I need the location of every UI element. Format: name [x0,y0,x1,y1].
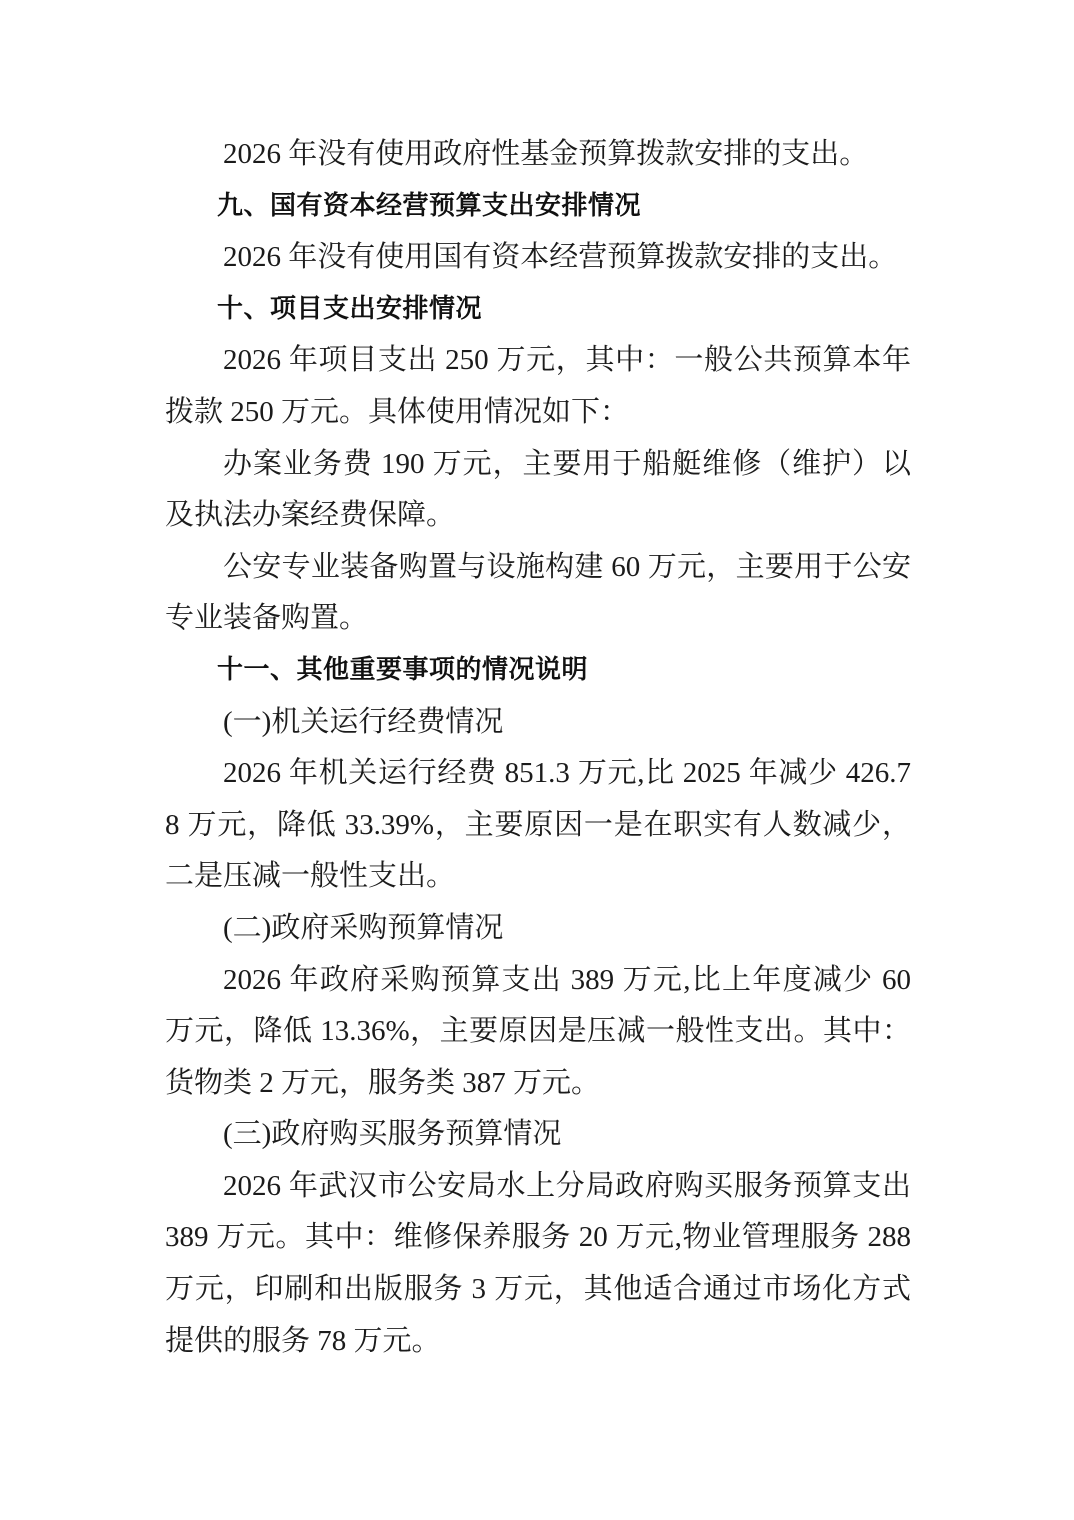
para-case-handling-fee: 办案业务费 190 万元，主要用于船艇维修（维护）以及执法办案经费保障。 [165,439,911,542]
heading-section-10-project-expense: 十、项目支出安排情况 [165,284,911,336]
subheading-1-agency-operating-expense: (一)机关运行经费情况 [165,697,911,749]
para-project-expense-total: 2026 年项目支出 250 万元，其中：一般公共预算本年拨款 250 万元。具… [165,335,911,438]
para-government-procurement-detail: 2026 年政府采购预算支出 389 万元,比上年度减少 60 万元，降低 13… [165,955,911,1110]
para-agency-operating-expense-detail: 2026 年机关运行经费 851.3 万元,比 2025 年减少 426.78 … [165,748,911,903]
para-no-govfund-budget-expense: 2026 年没有使用政府性基金预算拨款安排的支出。 [165,129,911,181]
para-government-purchased-services-detail: 2026 年武汉市公安局水上分局政府购买服务预算支出 389 万元。其中：维修保… [165,1161,911,1367]
heading-section-9-state-capital-budget: 九、国有资本经营预算支出安排情况 [165,181,911,233]
para-police-equipment-purchase: 公安专业装备购置与设施构建 60 万元，主要用于公安专业装备购置。 [165,542,911,645]
document-page: 2026 年没有使用政府性基金预算拨款安排的支出。 九、国有资本经营预算支出安排… [0,0,1074,1520]
heading-section-11-other-important-matters: 十一、其他重要事项的情况说明 [165,645,911,697]
subheading-3-government-purchased-services-budget: (三)政府购买服务预算情况 [165,1109,911,1161]
subheading-2-government-procurement-budget: (二)政府采购预算情况 [165,903,911,955]
para-no-state-capital-expense: 2026 年没有使用国有资本经营预算拨款安排的支出。 [165,232,911,284]
